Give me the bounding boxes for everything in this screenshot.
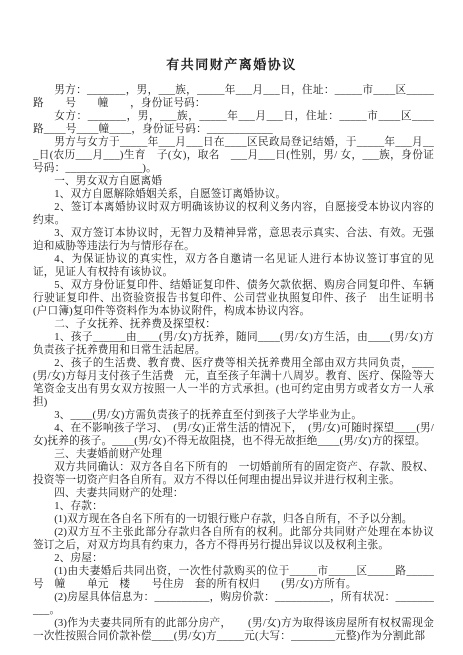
document-body: 男方：_______，男，___族，_____年___月___日，住址：____… [33, 84, 434, 643]
page: { "page": { "background": "#ffffff", "te… [0, 0, 463, 655]
section-1-item-1: 1、双方自愿解除婚姻关系，自愿签订离婚协议。 [33, 188, 434, 201]
house-item-2: (2)房屋具体信息为：__________，购房价款：__________，所有… [33, 591, 434, 617]
deposits-item-1: (1)双方现在各自名下所有的一切银行账户存款，归各自所有，不予以分割。 [33, 513, 434, 526]
section-4-heading: 四、夫妻共同财产的处理： [33, 487, 434, 500]
house-item-1: (1)由夫妻婚后共同出资，一次性付款购买的位于_____市_____区_____… [33, 565, 434, 591]
party-b-info: 女方：_______，男，___族，_____年___月___日，住址：____… [33, 110, 434, 136]
party-a-info: 男方：_______，男，___族，_____年___月___日，住址：____… [33, 84, 434, 110]
marriage-registration-info: 男方与女方于_____年___月___日在____区民政局登记结婚，于_____… [33, 136, 434, 175]
section-2-heading: 二、子女抚养、抚养费及探望权： [33, 318, 434, 331]
section-3-heading: 三、夫妻婚前财产处理 [33, 448, 434, 461]
house-heading: 2、房屋： [33, 552, 434, 565]
section-1-item-2: 2、签订本离婚协议时双方明确该协议的权利义务内容，自愿接受本协议内容的约束。 [33, 201, 434, 227]
section-2-item-1: 1、孩子______由____(男/女)方抚养，随同____(男/女)方生活，由… [33, 331, 434, 357]
section-1-item-5: 5、双方身份证复印件、结婚证复印件、债务欠款依据、购房合同复印件、车辆行驶证复印… [33, 279, 434, 318]
section-1-heading: 一、男女双方自愿离婚 [33, 175, 434, 188]
deposits-heading: 1、存款： [33, 500, 434, 513]
section-2-item-2: 2、孩子的生活费、教育费、医疗费等相关抚养费用全部由双方共同负责，____(男/… [33, 357, 434, 409]
house-item-3: (3)作为夫妻共同所有的此部分房产， (男/女)方为取得该房屋所有权权需现金一次… [33, 617, 434, 643]
section-2-item-4: 4、在不影响孩子学习、 (男/女)正常生活的情况下， (男/女)可随时探望___… [33, 422, 434, 448]
document-title: 有共同财产离婚协议 [0, 0, 463, 73]
section-1-item-3: 3、双方签订本协议时，无智力及精神异常，意思表示真实、合法、有效。无强迫和威胁等… [33, 227, 434, 253]
document-page: 有共同财产离婚协议 男方：_______，男，___族，_____年___月__… [0, 0, 463, 655]
deposits-item-2: (2)双方互不主张此部分存款归各自所有的权利。此部分共同财产处理在本协议签订之后… [33, 526, 434, 552]
section-1-item-4: 4、为保证协议的真实性，双方各自邀请一名见证人进行本协议签订事宜的见证，见证人有… [33, 253, 434, 279]
section-3-body: 双方共同确认：双方各自名下所有的 一切婚前所有的固定资产、存款、股权、投资等一切… [33, 461, 434, 487]
section-2-item-3: 3、____(男/女)方需负责孩子的抚养直至付到孩子大学毕业为止。 [33, 409, 434, 422]
